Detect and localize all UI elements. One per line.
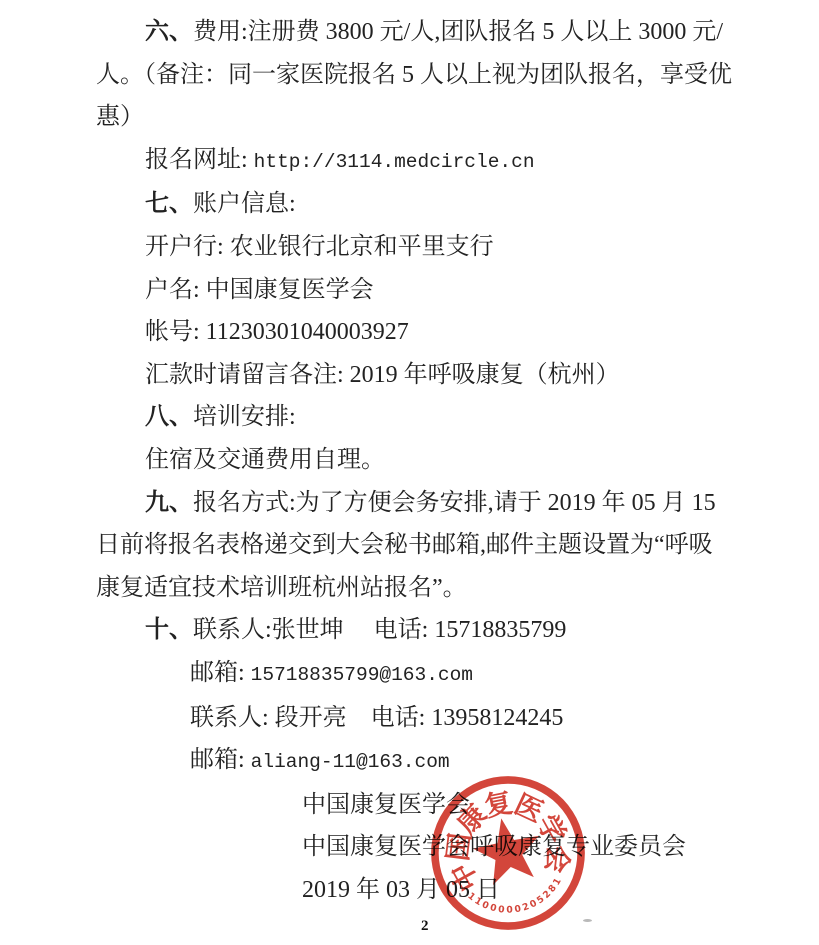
doc-line-signup-method: 九、报名方式:为了方便会务安排,请于 2019 年 05 月 15 <box>96 482 795 525</box>
page-number: 2 <box>421 918 429 935</box>
doc-line-bank: 开户行: 农业银行北京和平里支行 <box>96 226 795 269</box>
doc-line-signup-cont2: 康复适宜技术培训班杭州站报名”。 <box>96 567 795 610</box>
registration-url: http://3114.medcircle.cn <box>254 151 535 173</box>
contact1-email: 15718835799@163.com <box>251 664 473 686</box>
doc-line-fee: 六、费用:注册费 3800 元/人,团队报名 5 人以上 3000 元/ <box>96 11 795 54</box>
signature-org1: 中国康复医学会 <box>96 784 795 827</box>
doc-line-training-heading: 八、培训安排: <box>96 396 795 439</box>
doc-line-signup-cont: 日前将报名表格递交到大会秘书邮箱,邮件主题设置为“呼吸 <box>96 524 795 567</box>
doc-line-email2: 邮箱: aliang-11@163.com <box>96 739 795 784</box>
doc-line-lodging: 住宿及交通费用自理。 <box>96 439 795 482</box>
doc-line-email1: 邮箱: 15718835799@163.com <box>96 652 795 697</box>
doc-line-fee-cont: 人。（备注：同一家医院报名 5 人以上视为团队报名，享受优 <box>96 54 795 97</box>
document-body: 六、费用:注册费 3800 元/人,团队报名 5 人以上 3000 元/ 人。（… <box>0 0 819 911</box>
scan-smudge-mark <box>583 919 592 922</box>
document-page: 六、费用:注册费 3800 元/人,团队报名 5 人以上 3000 元/ 人。（… <box>0 0 819 945</box>
doc-line-account-number: 帐号: 11230301040003927 <box>96 311 795 354</box>
doc-line-contact1: 十、联系人:张世坤 电话: 15718835799 <box>96 609 795 652</box>
doc-line-account-heading: 七、账户信息: <box>96 183 795 226</box>
doc-line-contact2: 联系人: 段开亮 电话: 13958124245 <box>96 697 795 740</box>
signature-date: 2019 年 03 月 05 日 <box>96 869 795 912</box>
doc-line-fee-cont2: 惠） <box>96 96 795 139</box>
doc-line-remit-note: 汇款时请留言各注: 2019 年呼吸康复（杭州） <box>96 354 795 397</box>
doc-line-account-name: 户名: 中国康复医学会 <box>96 269 795 312</box>
doc-line-reg-url: 报名网址: http://3114.medcircle.cn <box>96 139 795 184</box>
signature-org2: 中国康复医学会呼吸康复专业委员会 <box>96 826 795 869</box>
contact2-email: aliang-11@163.com <box>251 751 450 773</box>
